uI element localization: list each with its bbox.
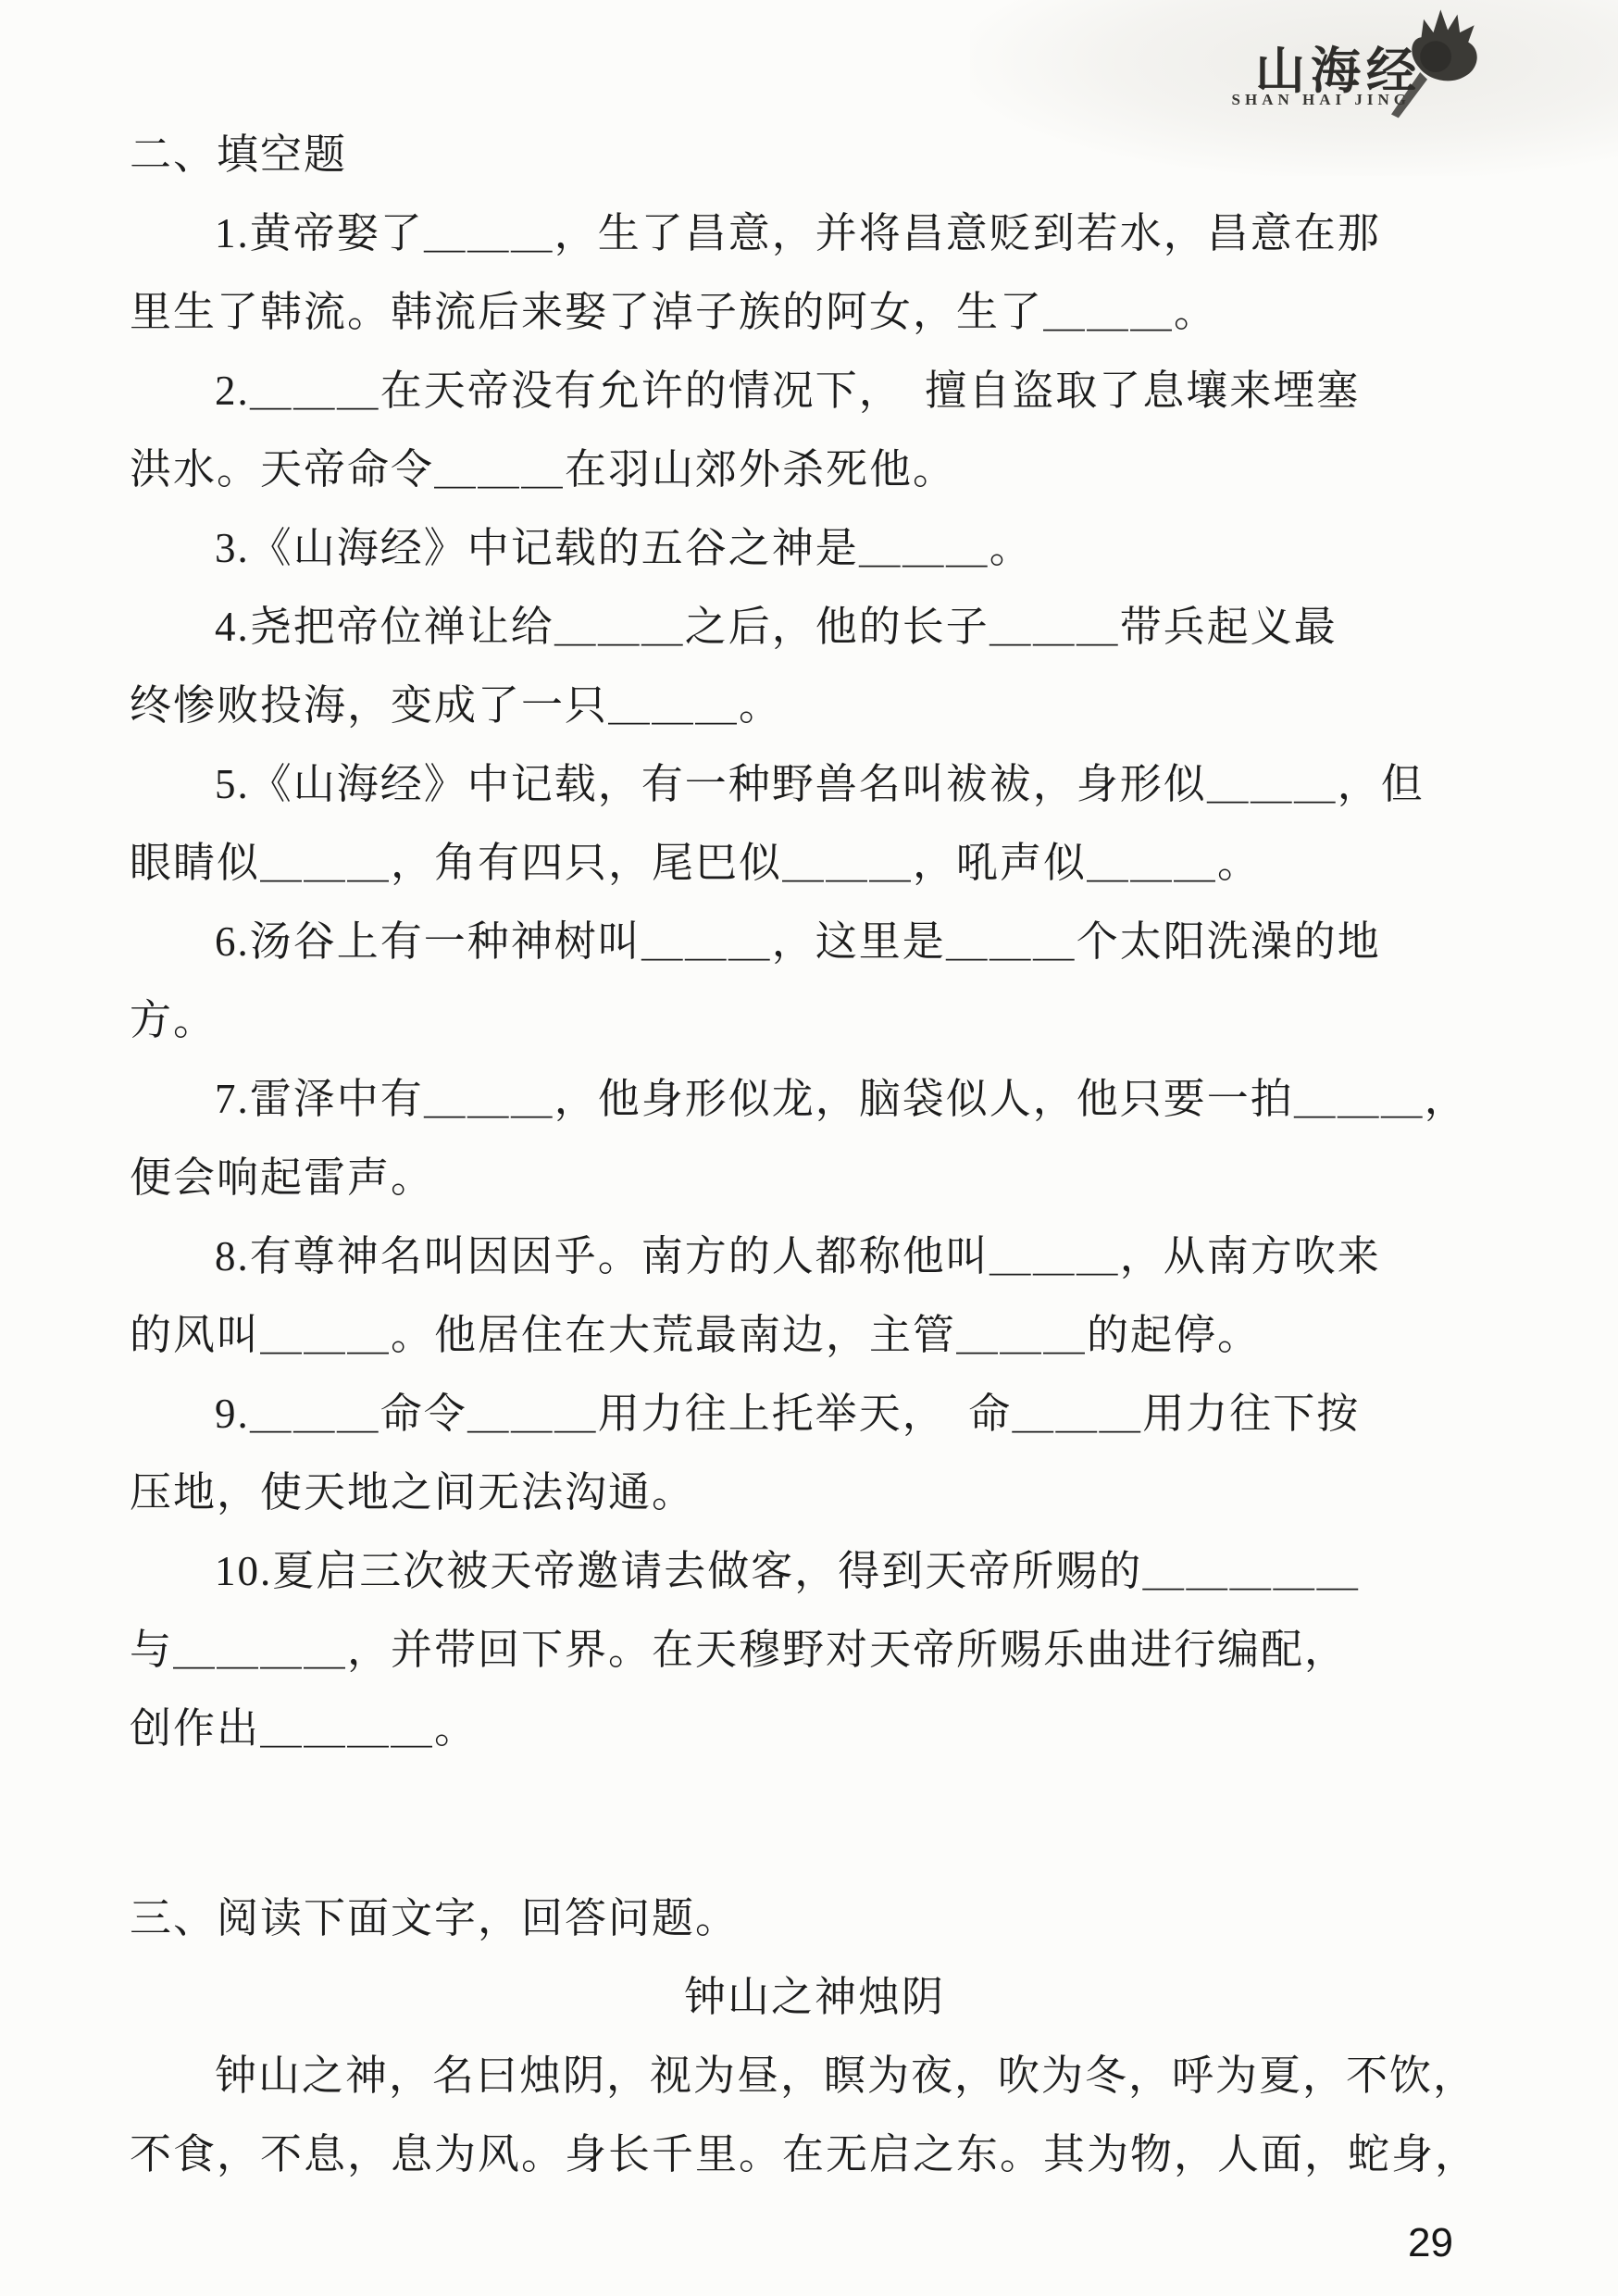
workbook-page: 山海经 SHAN HAI JING 二、填空题 1.黄帝娶了＿＿＿，生了昌意，并… [0,0,1618,2296]
question-6-line-2: 方。 [130,981,1500,1060]
question-8-line-2: 的风叫＿＿＿。他居住在大荒最南边，主管＿＿＿的起停。 [130,1296,1500,1375]
question-8-line-1: 8.有尊神名叫因因乎。南方的人都称他叫＿＿＿，从南方吹来 [130,1217,1500,1296]
question-1-line-1: 1.黄帝娶了＿＿＿，生了昌意，并将昌意贬到若水，昌意在那 [130,194,1500,273]
passage-line-1: 钟山之神，名曰烛阴，视为昼，瞑为夜，吹为冬，呼为夏，不饮， [130,2037,1500,2115]
question-2: 2.＿＿＿在天帝没有允许的情况下， 擅自盗取了息壤来堙塞 洪水。天帝命令＿＿＿在… [0,352,1618,509]
question-10-line-2: 与＿＿＿＿，并带回下界。在天穆野对天帝所赐乐曲进行编配， [130,1611,1500,1690]
page-content: 二、填空题 1.黄帝娶了＿＿＿，生了昌意，并将昌意贬到若水，昌意在那 里生了韩流… [0,0,1618,2194]
question-2-line-2: 洪水。天帝命令＿＿＿在羽山郊外杀死他。 [130,430,1500,509]
question-9-line-2: 压地，使天地之间无法沟通。 [130,1454,1500,1532]
question-5-line-1: 5.《山海经》中记载，有一种野兽名叫袚袚，身形似＿＿＿，但 [130,745,1500,824]
passage-line-2: 不食，不息，息为风。身长千里。在无启之东。其为物，人面，蛇身， [130,2115,1500,2194]
reading-section-heading: 三、阅读下面文字，回答问题。 [130,1879,1500,1958]
question-4: 4.尧把帝位禅让给＿＿＿之后，他的长子＿＿＿带兵起义最 终惨败投海，变成了一只＿… [0,588,1618,745]
question-7-line-1: 7.雷泽中有＿＿＿，他身形似龙，脑袋似人，他只要一拍＿＿＿， [130,1060,1500,1139]
question-2-line-1: 2.＿＿＿在天帝没有允许的情况下， 擅自盗取了息壤来堙塞 [130,352,1500,430]
question-10-line-3: 创作出＿＿＿＿。 [130,1690,1500,1768]
question-1: 1.黄帝娶了＿＿＿，生了昌意，并将昌意贬到若水，昌意在那 里生了韩流。韩流后来娶… [0,194,1618,352]
question-9-line-1: 9.＿＿＿命令＿＿＿用力往上托举天， 命＿＿＿用力往下按 [130,1375,1500,1454]
question-3: 3.《山海经》中记载的五谷之神是＿＿＿。 [0,509,1618,588]
question-9: 9.＿＿＿命令＿＿＿用力往上托举天， 命＿＿＿用力往下按 压地，使天地之间无法沟… [0,1375,1618,1532]
question-6: 6.汤谷上有一种神树叫＿＿＿，这里是＿＿＿个太阳洗澡的地 方。 [0,903,1618,1060]
passage: 钟山之神，名曰烛阴，视为昼，瞑为夜，吹为冬，呼为夏，不饮， 不食，不息，息为风。… [0,2037,1618,2194]
question-10: 10.夏启三次被天帝邀请去做客，得到天帝所赐的＿＿＿＿＿ 与＿＿＿＿，并带回下界… [0,1532,1618,1768]
passage-title: 钟山之神烛阴 [130,1958,1500,2037]
question-1-line-2: 里生了韩流。韩流后来娶了淖子族的阿女，生了＿＿＿。 [130,273,1500,352]
question-8: 8.有尊神名叫因因乎。南方的人都称他叫＿＿＿，从南方吹来 的风叫＿＿＿。他居住在… [0,1217,1618,1375]
question-4-line-1: 4.尧把帝位禅让给＿＿＿之后，他的长子＿＿＿带兵起义最 [130,588,1500,667]
question-4-line-2: 终惨败投海，变成了一只＿＿＿。 [130,667,1500,745]
question-5: 5.《山海经》中记载，有一种野兽名叫袚袚，身形似＿＿＿，但 眼睛似＿＿＿，角有四… [0,745,1618,903]
fill-in-section-heading: 二、填空题 [130,116,1500,194]
page-number: 29 [1408,2220,1453,2266]
question-3-line-1: 3.《山海经》中记载的五谷之神是＿＿＿。 [130,509,1500,588]
question-7: 7.雷泽中有＿＿＿，他身形似龙，脑袋似人，他只要一拍＿＿＿， 便会响起雷声。 [0,1060,1618,1217]
question-7-line-2: 便会响起雷声。 [130,1139,1500,1217]
question-10-line-1: 10.夏启三次被天帝邀请去做客，得到天帝所赐的＿＿＿＿＿ [130,1532,1500,1611]
question-6-line-1: 6.汤谷上有一种神树叫＿＿＿，这里是＿＿＿个太阳洗澡的地 [130,903,1500,981]
question-5-line-2: 眼睛似＿＿＿，角有四只，尾巴似＿＿＿，吼声似＿＿＿。 [130,824,1500,903]
